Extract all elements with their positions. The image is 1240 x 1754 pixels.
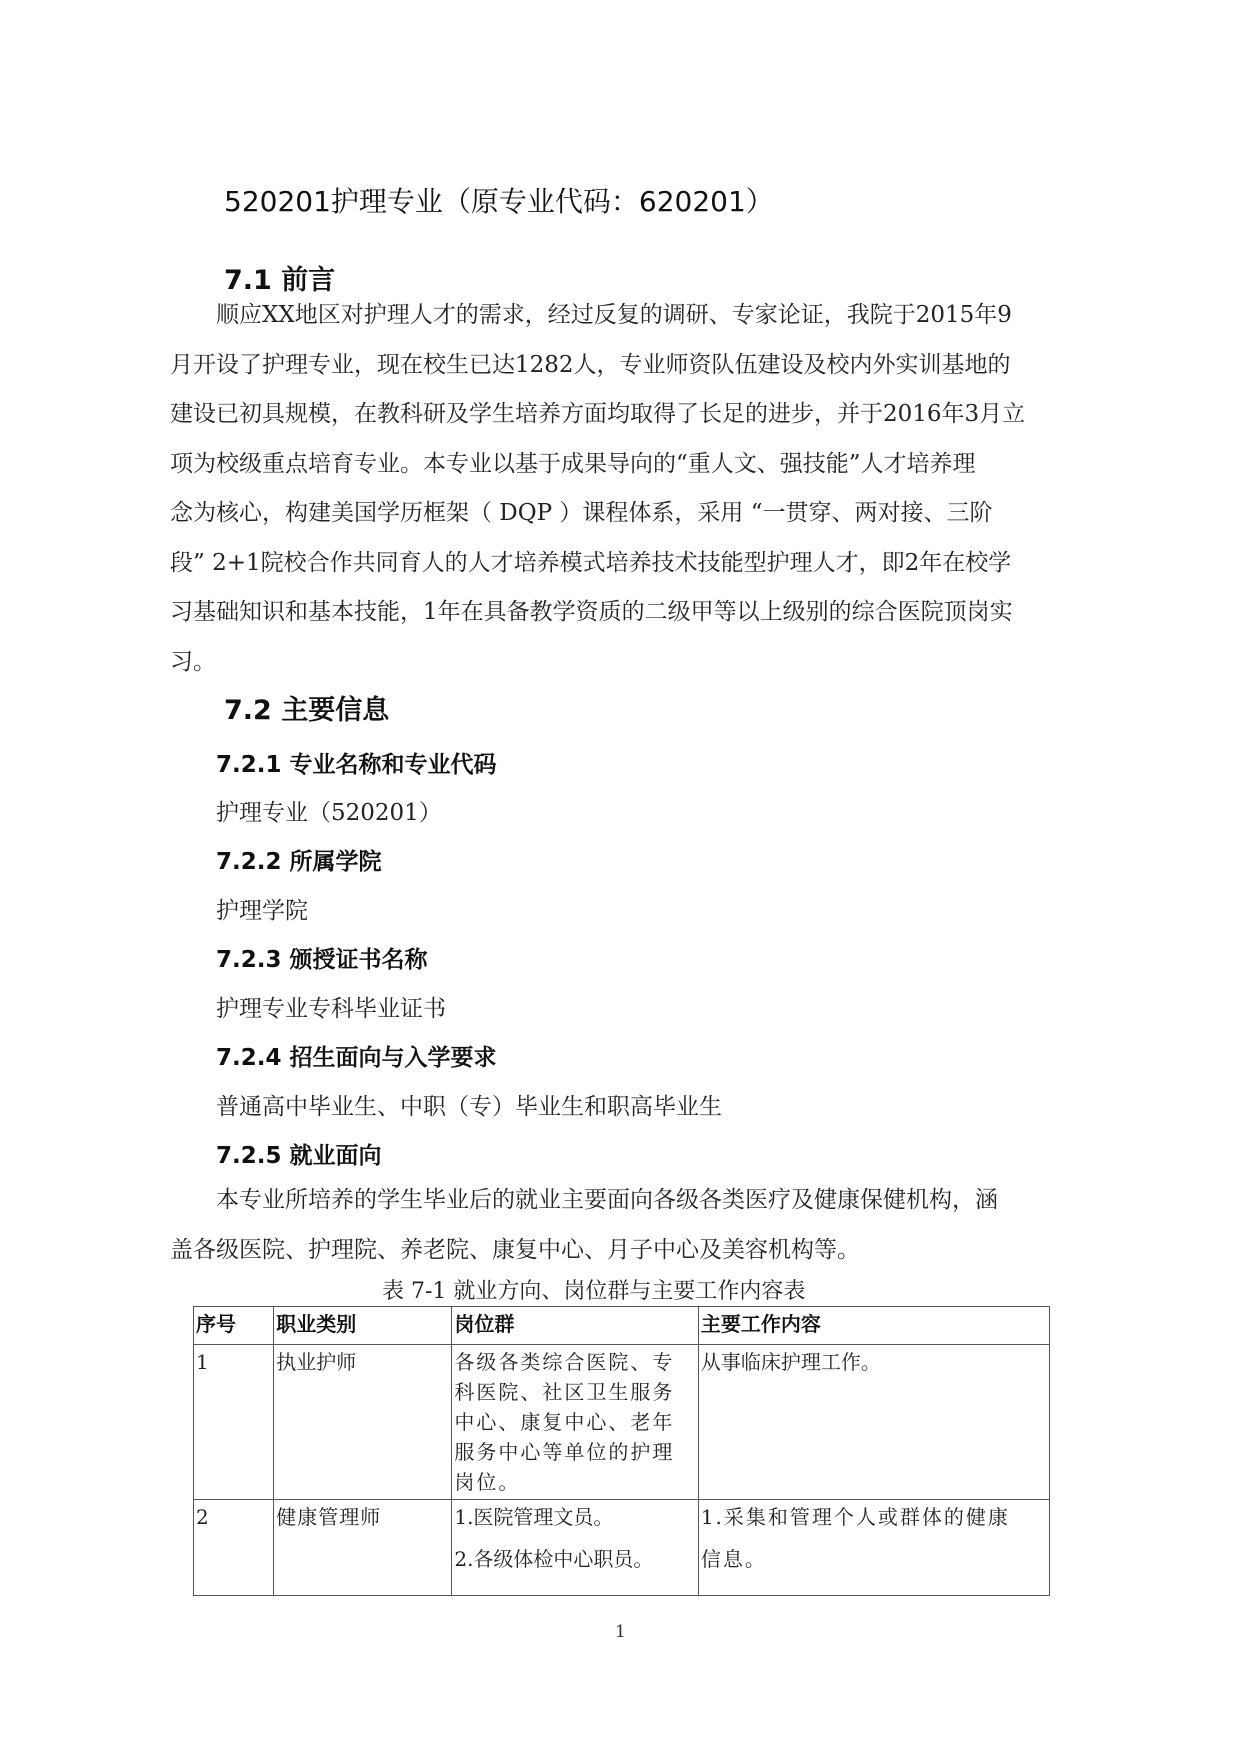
cell-work: 1.采集和管理个人或群体的健康 信息。: [698, 1500, 1049, 1596]
cell-line: 信息。: [701, 1544, 1047, 1574]
table-caption: 表 7-1 就业方向、岗位群与主要工作内容表: [382, 1274, 805, 1305]
text-line: 习。: [170, 638, 1090, 688]
text-line: 习基础知识和基本技能，1年在具备教学资质的二级甲等以上级别的综合医院顶岗实: [170, 588, 1090, 638]
cell-no: 1: [194, 1345, 274, 1500]
subsection-heading-7-2-1: 7.2.1 专业名称和专业代码: [216, 746, 497, 779]
text-line: 盖各级医院、护理院、养老院、康复中心、月子中心及美容机构等。: [170, 1226, 1090, 1276]
text-line: 顺应XX地区对护理人才的需求，经过反复的调研、专家论证，我院于2015年9: [170, 291, 1090, 341]
section-heading-7-2: 7.2 主要信息: [224, 688, 389, 727]
certificate-name: 护理专业专科毕业证书: [216, 990, 446, 1023]
employment-table: 序号 职业类别 岗位群 主要工作内容 1 执业护师 各级各类综合医院、专 科医院…: [193, 1306, 1050, 1596]
college-name: 护理学院: [216, 892, 308, 925]
subsection-heading-7-2-4: 7.2.4 招生面向与入学要求: [216, 1039, 497, 1072]
cell-line: 岗位。: [454, 1467, 695, 1497]
cell-line: 从事临床护理工作。: [701, 1347, 1047, 1377]
subsection-heading-7-2-3: 7.2.3 颁授证书名称: [216, 941, 428, 974]
cell-category: 健康管理师: [274, 1500, 452, 1596]
text-line: 月开设了护理专业，现在校生已达1282人，专业师资队伍建设及校内外实训基地的: [170, 341, 1090, 391]
header-work: 主要工作内容: [698, 1307, 1049, 1345]
page-number: 1: [615, 1622, 626, 1642]
cell-line: 1.采集和管理个人或群体的健康: [701, 1502, 1047, 1532]
employment-paragraph: 本专业所培养的学生毕业后的就业主要面向各级各类医疗及健康保健机构，涵 盖各级医院…: [170, 1176, 1090, 1275]
cell-line: 科医院、社区卫生服务: [454, 1377, 695, 1407]
document-title: 520201护理专业（原专业代码：620201）: [224, 180, 774, 220]
preface-paragraph: 顺应XX地区对护理人才的需求，经过反复的调研、专家论证，我院于2015年9 月开…: [170, 291, 1090, 687]
cell-line: 1.医院管理文员。: [454, 1502, 695, 1532]
table-row: 1 执业护师 各级各类综合医院、专 科医院、社区卫生服务 中心、康复中心、老年 …: [194, 1345, 1050, 1500]
cell-line: 服务中心等单位的护理: [454, 1437, 695, 1467]
subsection-heading-7-2-2: 7.2.2 所属学院: [216, 843, 382, 876]
text-line: 项为校级重点培育专业。本专业以基于成果导向的“重人文、强技能”人才培养理: [170, 440, 1090, 490]
program-name-code: 护理专业（520201）: [216, 794, 442, 827]
cell-positions: 各级各类综合医院、专 科医院、社区卫生服务 中心、康复中心、老年 服务中心等单位…: [452, 1345, 698, 1500]
cell-work: 从事临床护理工作。: [698, 1345, 1049, 1500]
text-line: 念为核心，构建美国学历框架（ DQP ）课程体系，采用 “一贯穿、两对接、三阶: [170, 489, 1090, 539]
table-header-row: 序号 职业类别 岗位群 主要工作内容: [194, 1307, 1050, 1345]
cell-no: 2: [194, 1500, 274, 1596]
subsection-heading-7-2-5: 7.2.5 就业面向: [216, 1137, 382, 1170]
header-no: 序号: [194, 1307, 274, 1345]
cell-line: 各级各类综合医院、专: [454, 1347, 695, 1377]
cell-positions: 1.医院管理文员。 2.各级体检中心职员。: [452, 1500, 698, 1596]
text-line: 本专业所培养的学生毕业后的就业主要面向各级各类医疗及健康保健机构，涵: [170, 1176, 1090, 1226]
cell-category: 执业护师: [274, 1345, 452, 1500]
cell-line: 2.各级体检中心职员。: [454, 1544, 695, 1574]
admission-requirements: 普通高中毕业生、中职（专）毕业生和职高毕业生: [216, 1088, 722, 1121]
text-line: 建设已初具规模，在教科研及学生培养方面均取得了长足的进步，并于2016年3月立: [170, 390, 1090, 440]
text-line: 段” 2+1院校合作共同育人的人才培养模式培养技术技能型护理人才，即2年在校学: [170, 539, 1090, 589]
header-category: 职业类别: [274, 1307, 452, 1345]
header-positions: 岗位群: [452, 1307, 698, 1345]
cell-line: 中心、康复中心、老年: [454, 1407, 695, 1437]
table-row: 2 健康管理师 1.医院管理文员。 2.各级体检中心职员。 1.采集和管理个人或…: [194, 1500, 1050, 1596]
